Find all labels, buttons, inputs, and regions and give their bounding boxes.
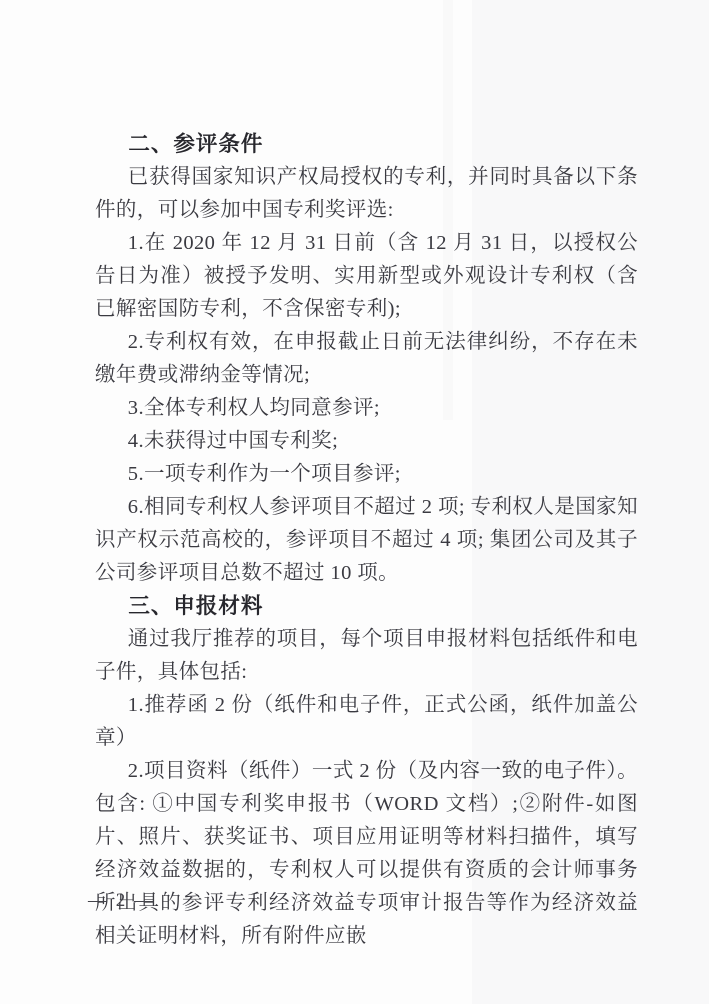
body-paragraph: 4.未获得过中国专利奖;	[95, 425, 638, 458]
body-paragraph: 5.一项专利作为一个项目参评;	[95, 458, 638, 491]
section-eval-conditions: 二、参评条件 已获得国家知识产权局授权的专利，并同时具备以下条件的，可以参加中国…	[95, 128, 638, 590]
body-paragraph: 2.项目资料（纸件）一式 2 份（及内容一致的电子件）。包含: ①中国专利奖申报…	[95, 755, 638, 953]
body-paragraph: 3.全体专利权人均同意参评;	[95, 392, 638, 425]
document-page: 二、参评条件 已获得国家知识产权局授权的专利，并同时具备以下条件的，可以参加中国…	[0, 0, 709, 1004]
body-paragraph: 已获得国家知识产权局授权的专利，并同时具备以下条件的，可以参加中国专利奖评选:	[95, 161, 638, 227]
page-number: — 2 —	[88, 889, 155, 913]
body-paragraph: 1.推荐函 2 份（纸件和电子件，正式公函，纸件加盖公章）	[95, 689, 638, 755]
section-application-materials: 三、申报材料 通过我厅推荐的项目，每个项目申报材料包括纸件和电子件，具体包括: …	[95, 590, 638, 953]
body-paragraph: 1.在 2020 年 12 月 31 日前（含 12 月 31 日，以授权公告日…	[95, 227, 638, 326]
body-paragraph: 通过我厅推荐的项目，每个项目申报材料包括纸件和电子件，具体包括:	[95, 623, 638, 689]
document-body: 二、参评条件 已获得国家知识产权局授权的专利，并同时具备以下条件的，可以参加中国…	[95, 128, 638, 953]
body-paragraph: 2.专利权有效，在申报截止日前无法律纠纷，不存在未缴年费或滞纳金等情况;	[95, 326, 638, 392]
body-paragraph: 6.相同专利权人参评项目不超过 2 项; 专利权人是国家知识产权示范高校的，参评…	[95, 491, 638, 590]
section-heading: 三、申报材料	[95, 590, 638, 623]
section-heading: 二、参评条件	[95, 128, 638, 161]
